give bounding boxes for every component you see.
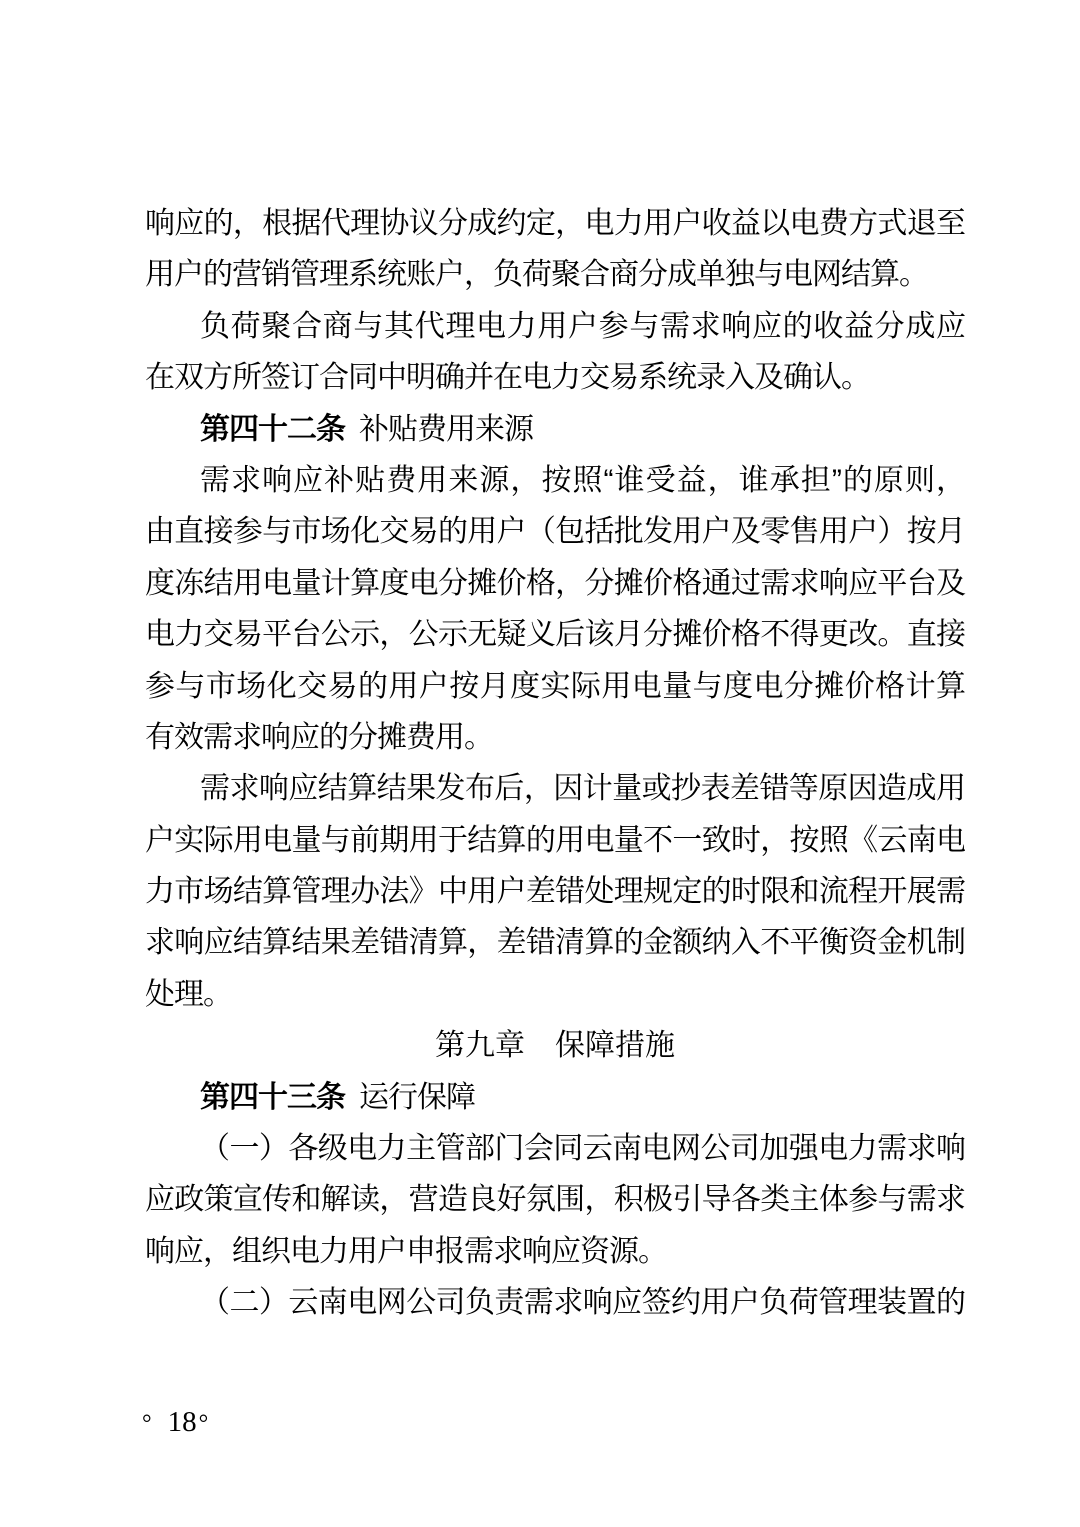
article-number: 第四十三条 [200, 1081, 345, 1114]
document-page: 响应的，根据代理协议分成约定，电力用户收益以电费方式退至用户的营销管理系统账户，… [0, 0, 1080, 1527]
article-43-heading: 第四十三条运行保障 [145, 1072, 965, 1123]
body-line: 有效需求响应的分摊费用。 [145, 712, 965, 763]
body-line: 力市场结算管理办法》中用户差错处理规定的时限和流程开展需 [145, 866, 965, 917]
body-line: 在双方所签订合同中明确并在电力交易系统录入及确认。 [145, 352, 965, 403]
body-line: 需求响应补贴费用来源，按照“谁受益，谁承担”的原则， [145, 455, 965, 506]
page-footer: ° 18 ° [142, 1402, 208, 1444]
body-line: 用户的营销管理系统账户，负荷聚合商分成单独与电网结算。 [145, 249, 965, 300]
body-line: 电力交易平台公示，公示无疑义后该月分摊价格不得更改。直接 [145, 609, 965, 660]
body-line: 响应，组织电力用户申报需求响应资源。 [145, 1226, 965, 1277]
body-line: 求响应结算结果差错清算，差错清算的金额纳入不平衡资金机制 [145, 917, 965, 968]
body-line: 参与市场化交易的用户按月度实际用电量与度电分摊价格计算 [145, 661, 965, 712]
body-line: 度冻结用电量计算度电分摊价格，分摊价格通过需求响应平台及 [145, 558, 965, 609]
body-line: 处理。 [145, 969, 965, 1020]
body-line: 应政策宣传和解读，营造良好氛围，积极引导各类主体参与需求 [145, 1174, 965, 1225]
body-line: （二）云南电网公司负责需求响应签约用户负荷管理装置的 [145, 1277, 965, 1328]
page-number: 18 [168, 1402, 197, 1442]
body-line: 户实际用电量与前期用于结算的用电量不一致时，按照《云南电 [145, 815, 965, 866]
body-line: 响应的，根据代理协议分成约定，电力用户收益以电费方式退至 [145, 198, 965, 249]
body-line: （一）各级电力主管部门会同云南电网公司加强电力需求响 [145, 1123, 965, 1174]
body-line: 需求响应结算结果发布后，因计量或抄表差错等原因造成用 [145, 763, 965, 814]
footer-ornament-left: ° [142, 1404, 152, 1444]
article-number: 第四十二条 [200, 413, 345, 446]
document-lines: 响应的，根据代理协议分成约定，电力用户收益以电费方式退至用户的营销管理系统账户，… [145, 198, 965, 1329]
body-line: 负荷聚合商与其代理电力用户参与需求响应的收益分成应 [145, 301, 965, 352]
article-42-heading: 第四十二条补贴费用来源 [145, 404, 965, 455]
chapter-9-heading: 第九章 保障措施 [145, 1020, 965, 1071]
article-title: 补贴费用来源 [359, 413, 533, 446]
body-line: 由直接参与市场化交易的用户（包括批发用户及零售用户）按月 [145, 506, 965, 557]
footer-ornament-right: ° [199, 1404, 209, 1444]
article-title: 运行保障 [359, 1081, 475, 1114]
